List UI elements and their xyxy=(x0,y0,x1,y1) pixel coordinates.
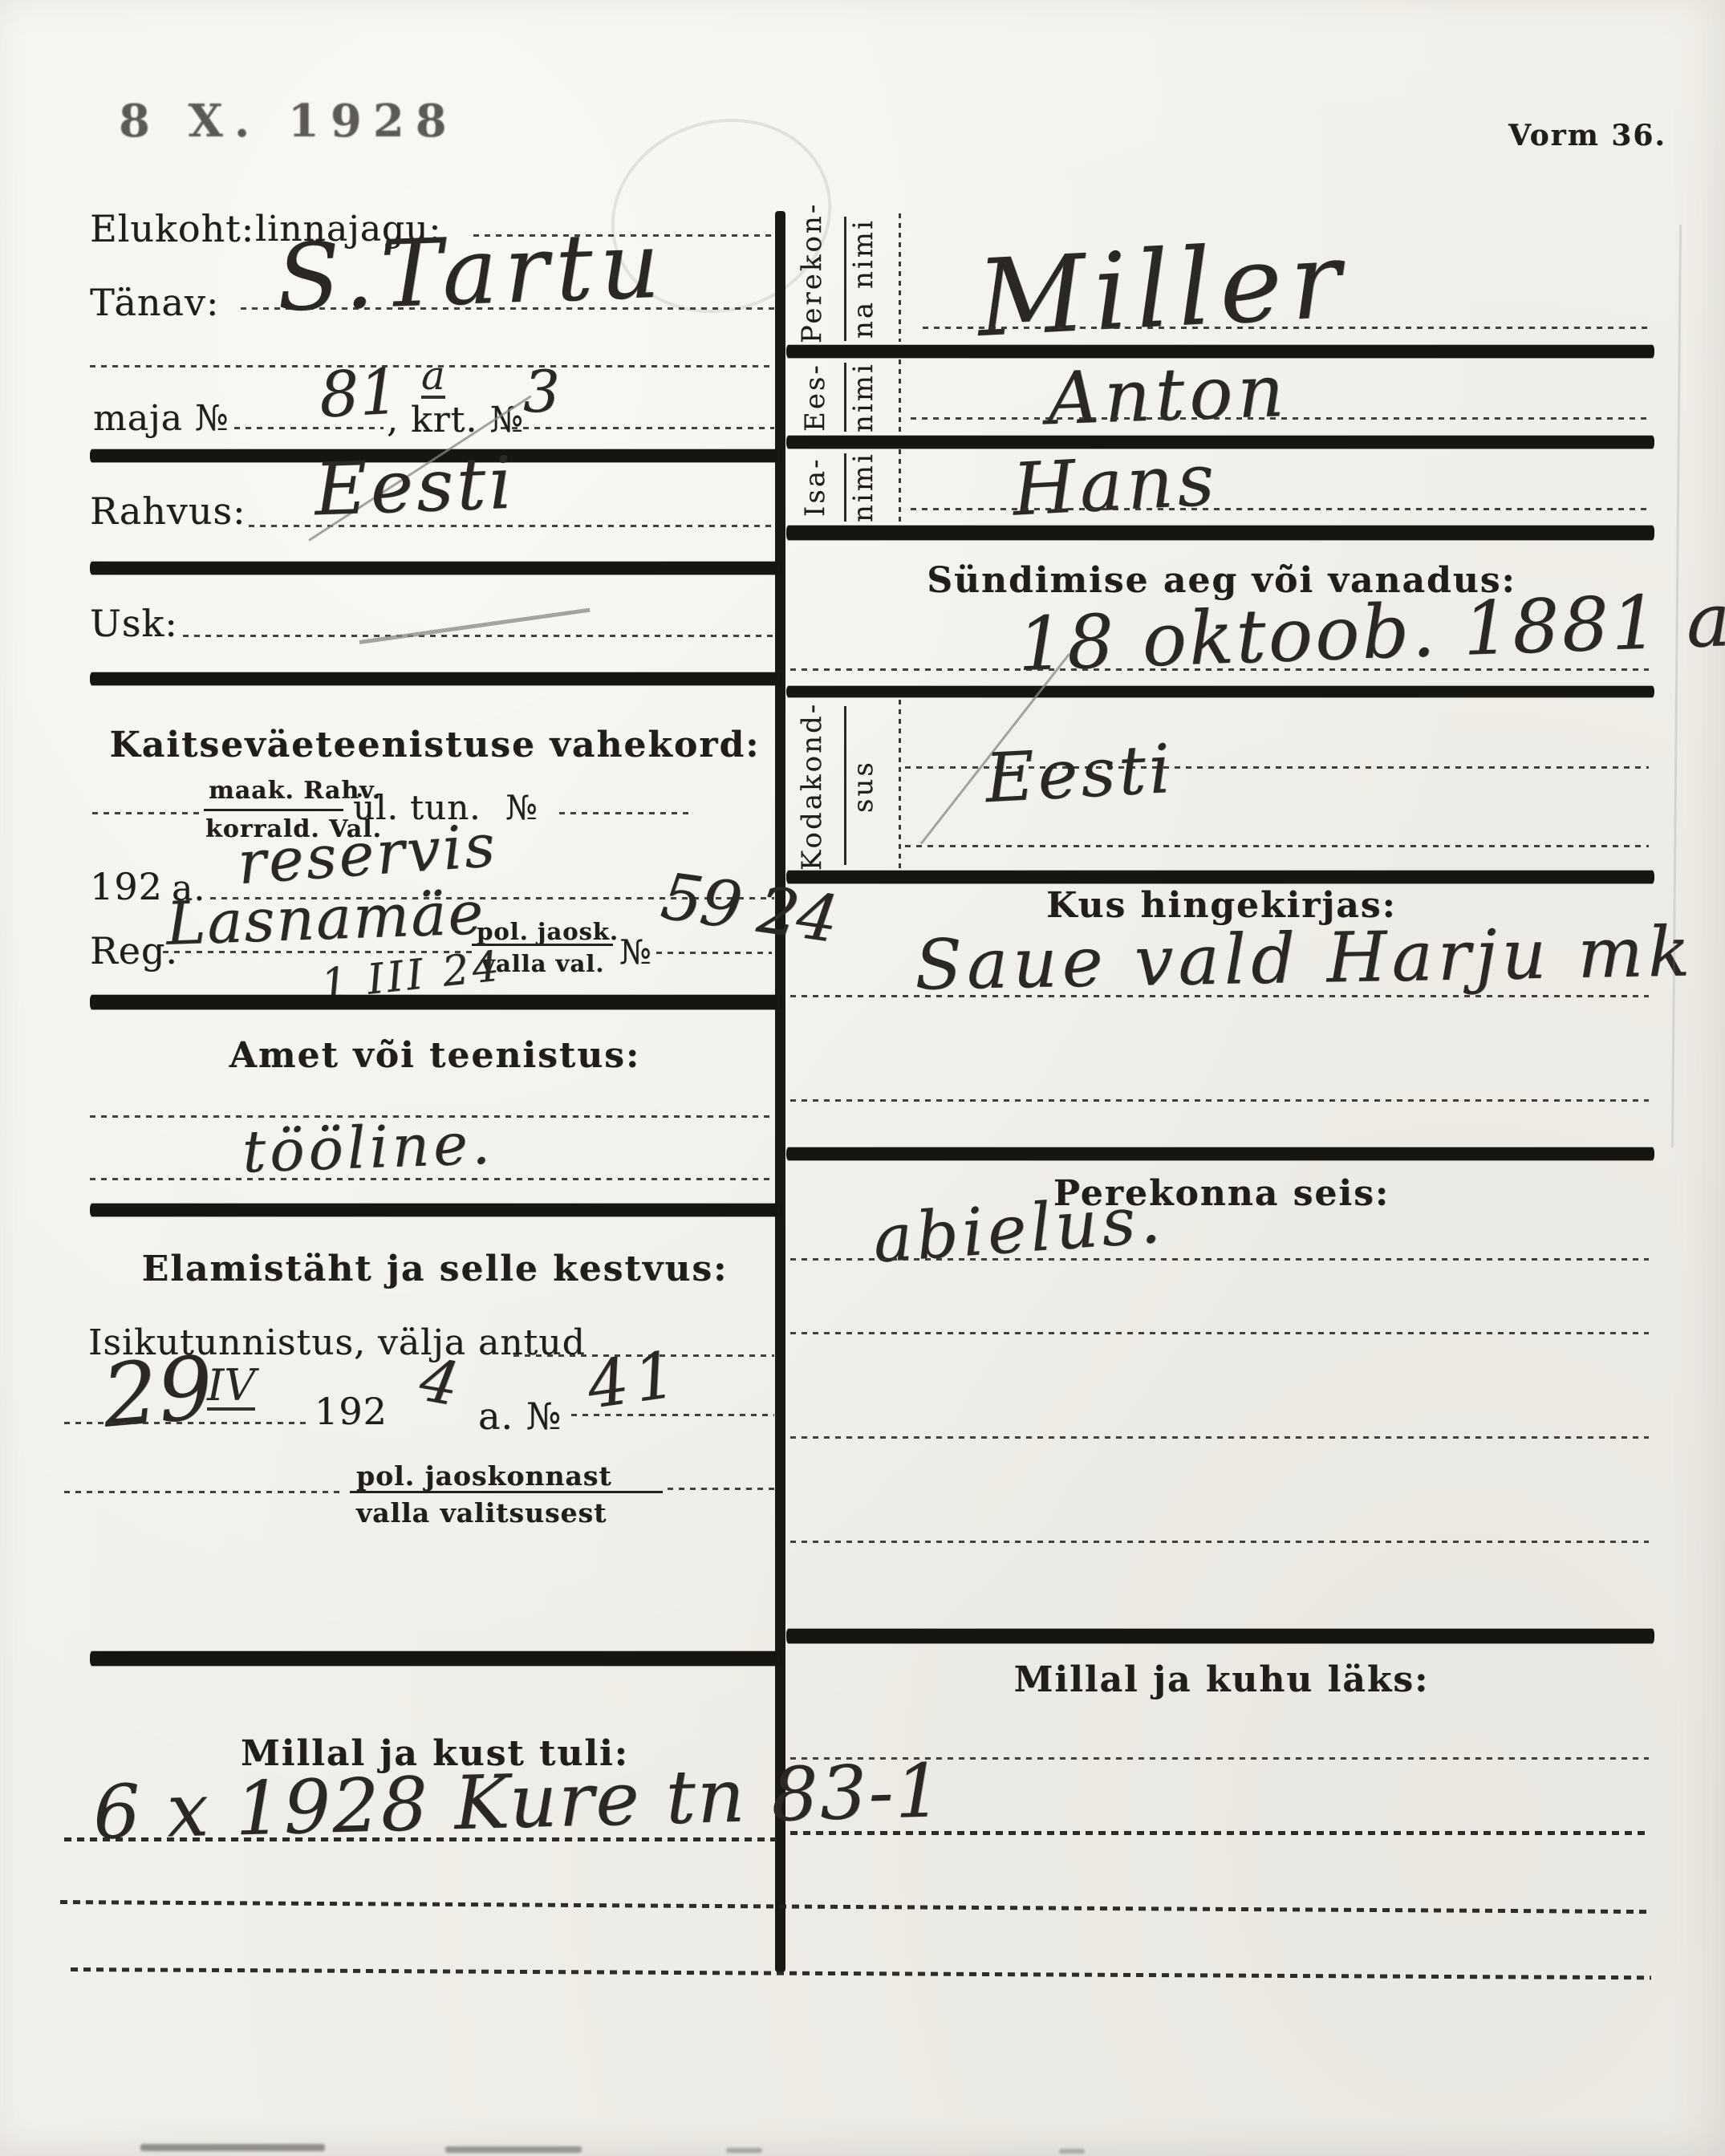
scan-smudge xyxy=(1059,2149,1085,2154)
kodakondsus-value: Eesti xyxy=(984,735,1175,812)
dotted-line xyxy=(90,1178,774,1180)
perekonnanimi-label-line2: na nimi xyxy=(847,213,892,343)
tanav-label: Tänav: xyxy=(90,281,219,324)
dotted-line xyxy=(911,508,1649,510)
year-192-label: 192 xyxy=(90,865,163,908)
elukoht-label: Elukoht: xyxy=(90,207,254,250)
dotted-line xyxy=(501,427,774,429)
dotted-line xyxy=(790,1332,1649,1334)
dotted-line xyxy=(559,812,690,814)
label-dotted-rule xyxy=(899,213,901,342)
dotted-line xyxy=(790,668,1649,671)
issue-month-value: IV xyxy=(207,1364,255,1411)
no-sign: № xyxy=(619,932,652,972)
tanav-value: S.Tartu xyxy=(275,220,668,326)
dotted-line xyxy=(790,1541,1649,1543)
amet-value: tööline. xyxy=(241,1115,495,1181)
scan-smudge xyxy=(140,2144,325,2151)
isanimi-label-line1: Isa- xyxy=(799,451,841,523)
label-rule xyxy=(844,453,846,522)
scan-smudge xyxy=(726,2148,762,2153)
krt-no-value: 3 xyxy=(523,363,560,420)
issue-day-value: 29 xyxy=(99,1345,217,1441)
section-bar xyxy=(786,1147,1654,1160)
sundimise-value: 18 oktoob. 1881 a. xyxy=(1017,583,1725,682)
label-dotted-rule xyxy=(899,449,901,523)
dotted-line xyxy=(911,417,1649,420)
eesnimi-label-line1: Ees- xyxy=(799,361,841,433)
maja-label: maja № xyxy=(93,398,229,439)
isanimi-label-line2: nimi xyxy=(847,451,889,523)
dotted-line xyxy=(183,635,774,637)
dotted-line xyxy=(60,1900,1651,1914)
section-bar xyxy=(90,1204,782,1216)
isanimi-value: Hans xyxy=(1011,444,1220,526)
registration-card-scan: 8 X. 1928 Vorm 36. Elukoht: linnajagu: T… xyxy=(0,0,1725,2156)
usk-label: Usk: xyxy=(90,602,178,645)
section-bar xyxy=(90,995,782,1009)
pencil-stroke xyxy=(359,608,591,644)
dotted-line xyxy=(790,1099,1649,1102)
paper-crease xyxy=(1671,225,1682,1147)
rahvus-label: Rahvus: xyxy=(90,489,246,533)
dotted-line xyxy=(905,845,1649,847)
pol-jaoskonnast-label: pol. jaoskonnast xyxy=(356,1460,612,1492)
elamistaht-heading: Elamistäht ja selle kestvus: xyxy=(90,1249,780,1289)
dotted-line xyxy=(790,995,1649,997)
maja-no-sup-value: a xyxy=(421,355,445,399)
a-no-label: a. № xyxy=(478,1395,562,1438)
section-bar xyxy=(786,436,1654,449)
section-bar xyxy=(786,526,1654,540)
column-divider xyxy=(775,211,785,1972)
label-rule xyxy=(844,363,846,432)
label-dotted-rule xyxy=(899,359,901,433)
section-bar xyxy=(90,562,782,575)
dotted-line xyxy=(790,1831,1649,1835)
millal-tuli-value: 6 x 1928 Kure tn 83-1 xyxy=(92,1754,944,1850)
section-bar xyxy=(786,686,1654,697)
dotted-line xyxy=(923,327,1649,329)
dotted-line xyxy=(64,1837,777,1841)
kodakondsus-label-line1: Kodakond- xyxy=(796,702,841,871)
krt-label: , krt. № xyxy=(387,400,524,441)
date-stamp: 8 X. 1928 xyxy=(119,95,458,148)
dotted-line xyxy=(64,1491,345,1493)
perekonnanimi-value: Miller xyxy=(975,227,1351,352)
amet-heading: Amet või teenistus: xyxy=(90,1035,780,1076)
dotted-line xyxy=(234,427,384,429)
dotted-line xyxy=(668,1488,774,1490)
dotted-line xyxy=(790,1436,1649,1439)
fraction-rule xyxy=(350,1491,663,1493)
dotted-line xyxy=(64,1422,311,1424)
rahvus-value: Eesti xyxy=(314,448,517,527)
fraction-rule xyxy=(204,809,343,811)
label-rule xyxy=(844,706,846,865)
kodakondsus-label-line2: sus xyxy=(847,702,892,871)
dotted-line xyxy=(790,1258,1649,1261)
dotted-line xyxy=(656,952,772,954)
valla-valitsusest-label: valla valitsusest xyxy=(356,1497,607,1529)
form-number: Vorm 36. xyxy=(1508,119,1666,152)
section-bar xyxy=(90,672,782,685)
label-dotted-rule xyxy=(899,700,901,868)
section-bar xyxy=(90,1651,782,1666)
no-sign: № xyxy=(505,788,538,827)
section-bar xyxy=(786,1629,1654,1643)
dotted-line xyxy=(92,812,205,814)
eesnimi-value: Anton xyxy=(1046,355,1290,436)
hingekirjas-value: Saue vald Harju mk xyxy=(914,918,1695,1001)
eesnimi-label-line2: nimi xyxy=(847,361,889,433)
pol-jaosk-label: pol. jaosk. xyxy=(477,918,619,945)
millal-laks-heading: Millal ja kuhu läks: xyxy=(790,1659,1653,1700)
scan-smudge xyxy=(445,2146,582,2153)
military-heading: Kaitseväeteenistuse vahekord: xyxy=(90,725,780,765)
dotted-line xyxy=(790,1757,1649,1760)
reg-place-value: Lasnamäe xyxy=(165,883,485,954)
dotted-line xyxy=(571,1414,774,1416)
section-bar xyxy=(786,871,1654,883)
perekonnanimi-label-line1: Perekon- xyxy=(796,213,841,343)
issue-no-value: 41 xyxy=(583,1342,686,1419)
year-192-label: 192 xyxy=(315,1390,388,1433)
dotted-line xyxy=(71,1967,1651,1979)
label-rule xyxy=(844,217,846,341)
